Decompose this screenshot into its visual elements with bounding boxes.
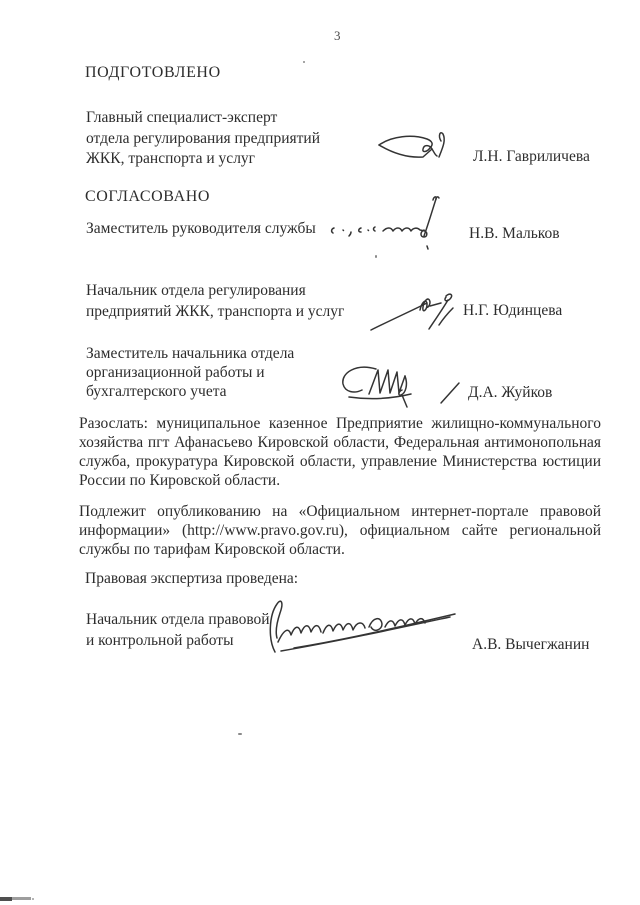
signatory-name: Н.В. Мальков [469,225,560,243]
signature-yudintseva-icon [369,289,465,333]
agreed-heading: СОГЛАСОВАНО [85,188,210,206]
signature-gavrilicheva-icon [376,131,460,171]
scan-streak-dark [0,897,12,901]
page-number: 3 [334,28,341,44]
role-line: бухгалтерского учета [86,382,294,401]
publication-paragraph: Подлежит опубликованию на «Официальном и… [79,502,601,559]
scan-streak-dot [32,898,34,900]
role-line: Заместитель руководителя службы [86,219,316,240]
signatory-role-malkov: Заместитель руководителя службы [86,219,316,240]
distribution-paragraph: Разослать: муниципальное казенное Предпр… [79,414,601,490]
signatory-role-gavrilicheva: Главный специалист-эксперт отдела регули… [86,108,320,170]
signature-zhuykov-icon [336,362,436,414]
scan-speck [375,255,377,258]
role-line: организационной работы и [86,363,294,382]
signatory-role-zhuykov: Заместитель начальника отдела организаци… [86,344,294,401]
signature-vychegzhanin-icon [264,596,462,658]
signatory-name: Н.Г. Юдинцева [463,302,562,320]
role-line: и контрольной работы [86,631,270,652]
role-line: ЖКК, транспорта и услуг [86,149,320,170]
scan-speck [303,61,305,63]
role-line: предприятий ЖКК, транспорта и услуг [86,302,344,323]
signatory-name: Д.А. Жуйков [468,384,552,402]
signatory-role-vychegzhanin: Начальник отдела правовой и контрольной … [86,610,270,651]
signatory-name: А.В. Вычегжанин [472,636,589,654]
legal-review-note: Правовая экспертиза проведена: [85,570,298,588]
role-line: Начальник отдела правовой [86,610,270,631]
document-page: 3 ПОДГОТОВЛЕНО Главный специалист-экспер… [0,0,640,905]
signatory-role-yudintseva: Начальник отдела регулирования предприят… [86,281,344,322]
scan-speck [238,733,242,735]
role-line: Главный специалист-эксперт [86,108,320,129]
prepared-heading: ПОДГОТОВЛЕНО [85,64,221,82]
role-line: Заместитель начальника отдела [86,344,294,363]
role-line: Начальник отдела регулирования [86,281,344,302]
signature-malkov-icon [326,194,460,252]
scan-streak-light [12,897,31,900]
signature-zhuykov-slash-icon [438,380,462,406]
signatory-name: Л.Н. Гавриличева [473,148,590,166]
role-line: отдела регулирования предприятий [86,129,320,150]
